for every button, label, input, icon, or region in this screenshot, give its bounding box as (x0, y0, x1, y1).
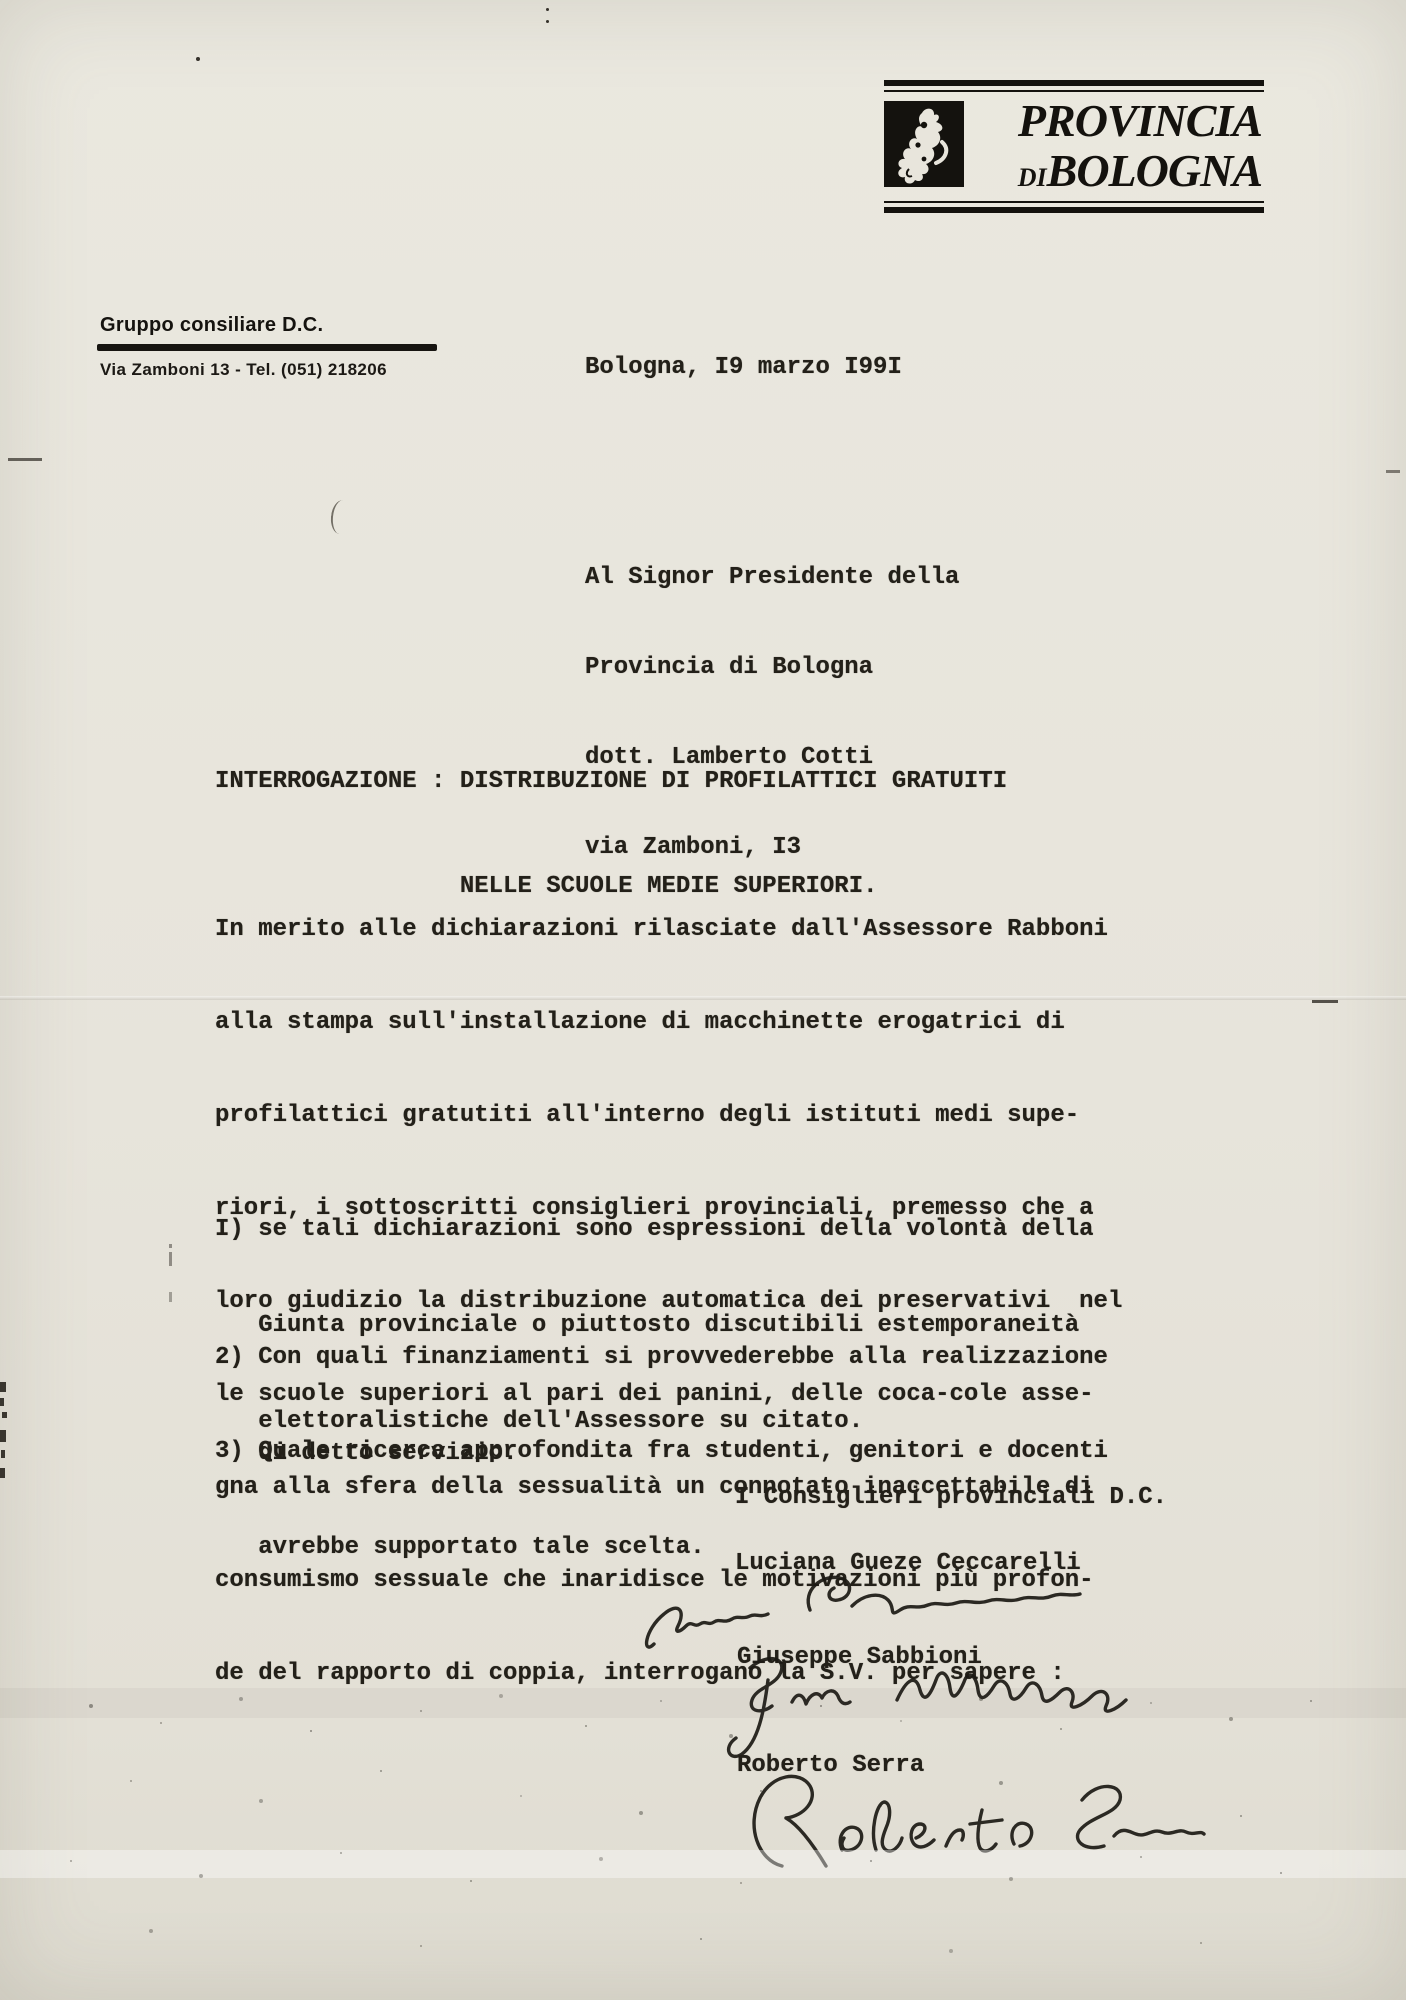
letterhead-address: Via Zamboni 13 - Tel. (051) 218206 (100, 360, 387, 380)
edge-artifact (0, 1468, 5, 1478)
item-line: 2) Con quali finanziamenti si provvedere… (215, 1342, 1108, 1374)
scan-band-light (0, 1850, 1406, 1878)
logo-rule-bottom-thin (884, 201, 1264, 203)
closing-line: I Consiglieri provinciali D.C. (735, 1482, 1167, 1513)
item-line: 3) Quale ricerca approfondita fra studen… (215, 1436, 1108, 1468)
edge-artifact (1, 1450, 5, 1458)
scan-band-dark (0, 1688, 1406, 1718)
logo-rule-top-thin (884, 90, 1264, 92)
edge-artifact (0, 1382, 6, 1392)
left-margin-dash (8, 458, 42, 461)
scan-dot (546, 8, 549, 11)
logo-bologna-line: DIBOLOGNA (970, 148, 1262, 194)
logo-rule-top-thick (884, 80, 1264, 86)
letter-page: PROVINCIA DIBOLOGNA Gruppo consiliare D.… (0, 0, 1406, 2000)
provincia-logo: PROVINCIA DIBOLOGNA (884, 80, 1264, 214)
letterhead-rule (97, 344, 437, 351)
body-line: In merito alle dichiarazioni rilasciate … (215, 914, 1122, 945)
subject-line-1: INTERROGAZIONE : DISTRIBUZIONE DI PROFIL… (215, 764, 1007, 799)
margin-mark (169, 1292, 172, 1302)
edge-artifact (2, 1412, 7, 1418)
body-line: profilattici gratutiti all'interno degli… (215, 1100, 1122, 1131)
logo-wordmark: PROVINCIA DIBOLOGNA (970, 98, 1262, 194)
edge-artifact (0, 1430, 6, 1442)
right-margin-dash (1386, 470, 1400, 473)
scan-dot (546, 20, 549, 23)
pen-mark (329, 499, 349, 535)
recipient-line: Provincia di Bologna (585, 653, 959, 683)
logo-di-text: DI (1018, 163, 1047, 192)
logo-provincia-text: PROVINCIA (970, 98, 1262, 144)
logo-rule-bottom-thick (884, 207, 1264, 213)
margin-mark (169, 1252, 172, 1266)
logo-bologna-text: BOLOGNA (1047, 145, 1262, 196)
edge-artifact (0, 1398, 4, 1406)
item-line: I) se tali dichiarazioni sono espression… (215, 1214, 1094, 1246)
recipient-line: Al Signor Presidente della (585, 563, 959, 593)
nel-underline-mark (1312, 1000, 1338, 1003)
body-line: alla stampa sull'installazione di macchi… (215, 1007, 1122, 1038)
scan-speckles (0, 0, 2, 2)
scan-dot (196, 57, 200, 61)
lion-rampant-emblem-icon (884, 101, 964, 187)
group-name: Gruppo consiliare D.C. (100, 314, 323, 337)
date-line: Bologna, I9 marzo I99I (585, 352, 902, 383)
margin-mark (169, 1244, 172, 1248)
